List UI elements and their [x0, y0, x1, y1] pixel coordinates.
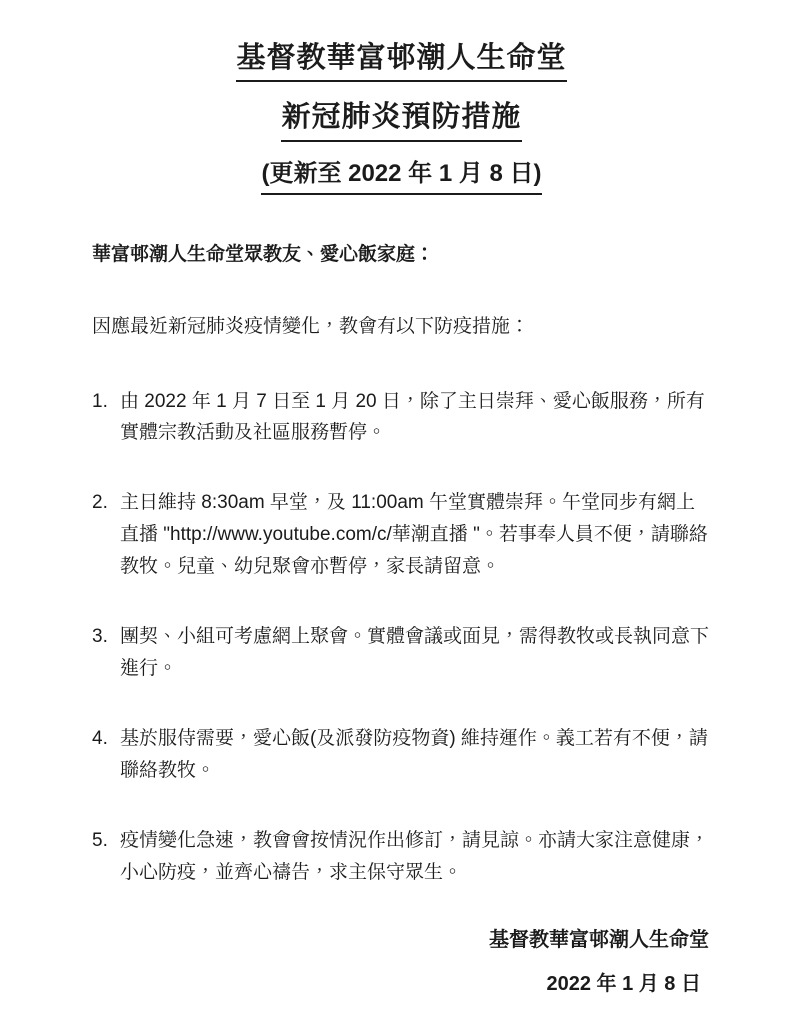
list-item: 3. 團契、小組可考慮網上聚會。實體會議或面見，需得教牧或長執同意下進行。 [92, 621, 711, 685]
salutation: 華富邨潮人生命堂眾教友、愛心飯家庭： [92, 241, 711, 270]
list-item: 5. 疫情變化急速，教會會按情況作出修訂，請見諒。亦請大家注意健康，小心防疫，並… [92, 825, 711, 889]
signature-block: 基督教華富邨潮人生命堂 2022 年 1 月 8 日 [92, 926, 711, 998]
list-item-number: 3. [92, 621, 120, 653]
notice-subject-title: 新冠肺炎預防措施 [281, 99, 521, 141]
document-title-line-3: (更新至 2022 年 1 月 8 日) [92, 159, 711, 195]
list-item-text: 主日維持 8:30am 早堂，及 11:00am 午堂實體崇拜。午堂同步有網上直… [120, 487, 711, 583]
list-item-text: 由 2022 年 1 月 7 日至 1 月 20 日，除了主日崇拜、愛心飯服務，… [120, 386, 711, 450]
list-item-text: 疫情變化急速，教會會按情況作出修訂，請見諒。亦請大家注意健康，小心防疫，並齊心禱… [120, 825, 711, 889]
list-item: 1. 由 2022 年 1 月 7 日至 1 月 20 日，除了主日崇拜、愛心飯… [92, 386, 711, 450]
list-item-text: 團契、小組可考慮網上聚會。實體會議或面見，需得教牧或長執同意下進行。 [120, 621, 711, 685]
church-name-title: 基督教華富邨潮人生命堂 [236, 40, 566, 82]
list-item-number: 1. [92, 386, 120, 418]
document-title-line-1: 基督教華富邨潮人生命堂 [92, 40, 711, 82]
list-item-number: 5. [92, 825, 120, 857]
list-item-text: 基於服侍需要，愛心飯(及派發防疫物資) 維持運作。義工若有不便，請聯絡教牧。 [120, 723, 711, 787]
list-item-number: 2. [92, 487, 120, 519]
notice-document: 基督教華富邨潮人生命堂 新冠肺炎預防措施 (更新至 2022 年 1 月 8 日… [0, 0, 791, 1024]
list-item: 4. 基於服侍需要，愛心飯(及派發防疫物資) 維持運作。義工若有不便，請聯絡教牧… [92, 723, 711, 787]
intro-paragraph: 因應最近新冠肺炎疫情變化，教會有以下防疫措施： [92, 313, 711, 342]
signature-date: 2022 年 1 月 8 日 [92, 970, 701, 998]
list-item: 2. 主日維持 8:30am 早堂，及 11:00am 午堂實體崇拜。午堂同步有… [92, 487, 711, 583]
measures-list: 1. 由 2022 年 1 月 7 日至 1 月 20 日，除了主日崇拜、愛心飯… [92, 386, 711, 889]
document-title-line-2: 新冠肺炎預防措施 [92, 99, 711, 141]
update-date-title: (更新至 2022 年 1 月 8 日) [261, 159, 541, 195]
title-block: 基督教華富邨潮人生命堂 新冠肺炎預防措施 (更新至 2022 年 1 月 8 日… [92, 40, 711, 195]
list-item-number: 4. [92, 723, 120, 755]
signature-church-name: 基督教華富邨潮人生命堂 [92, 926, 709, 954]
